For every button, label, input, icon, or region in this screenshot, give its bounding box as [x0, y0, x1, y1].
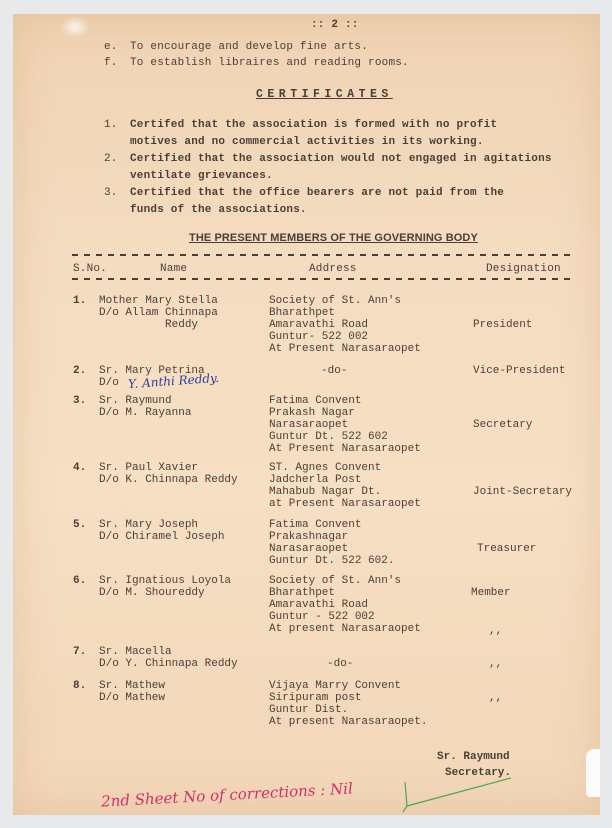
row-designation: Joint-Secretary: [473, 486, 572, 498]
address-line: Narasaraopet: [269, 543, 394, 555]
row-designation: Treasurer: [477, 543, 536, 555]
name-line: D/o Y. Chinnapa Reddy: [99, 658, 238, 670]
objective-letter: e.: [104, 41, 118, 53]
paper-edge-tear: [586, 749, 600, 797]
page-number: :: 2 ::: [311, 19, 359, 31]
address-line: Fatima Convent: [269, 519, 394, 531]
row-designation: President: [473, 319, 532, 331]
address-line: Prakashnagar: [269, 531, 394, 543]
address-line: Prakash Nagar: [269, 407, 421, 419]
name-line: D/o Mathew: [99, 692, 165, 704]
name-line: Sr. Mathew: [99, 680, 165, 692]
address-line: at Present Narasaraopet: [269, 498, 421, 510]
address-line: At Present Narasaraopet: [269, 343, 421, 355]
row-sno: 4.: [73, 462, 86, 474]
row-sno: 3.: [73, 395, 86, 407]
row-address: Society of St. Ann'sBharathpetAmaravathi…: [269, 575, 421, 635]
document-page: :: 2 :: e. To encourage and develop fine…: [13, 14, 600, 815]
address-line: Guntur- 522 002: [269, 331, 421, 343]
name-line: D/o Allam Chinnapa: [99, 307, 218, 319]
address-line: Bharathpet: [269, 307, 421, 319]
name-line: Reddy: [99, 319, 218, 331]
column-header-address: Address: [309, 263, 357, 275]
members-heading: THE PRESENT MEMBERS OF THE GOVERNING BOD…: [189, 232, 478, 244]
address-line: Guntur Dt. 522 602: [269, 431, 421, 443]
certificate-line: funds of the associations.: [130, 204, 307, 216]
address-line: Guntur Dt. 522 602.: [269, 555, 394, 567]
row-sno: 2.: [73, 365, 86, 377]
name-line: D/o M. Rayanna: [99, 407, 191, 419]
row-address: -do-: [321, 365, 347, 377]
row-address: ST. Agnes ConventJadcherla PostMahabub N…: [269, 462, 421, 510]
row-sno: 8.: [73, 680, 86, 692]
name-line: D/o Chiramel Joseph: [99, 531, 224, 543]
row-designation: Vice-President: [473, 365, 565, 377]
table-divider: [72, 254, 574, 256]
column-header-sno: S.No.: [73, 263, 107, 275]
certificate-number: 1.: [104, 119, 118, 131]
address-line: Guntur Dist.: [269, 704, 427, 716]
row-name: Sr. MathewD/o Mathew: [99, 680, 165, 704]
address-line: -do-: [321, 365, 347, 377]
address-line: Narasaraopet: [269, 419, 421, 431]
certificate-line: ventilate grievances.: [130, 170, 273, 182]
address-line: At Present Narasaraopet: [269, 443, 421, 455]
address-line: ST. Agnes Convent: [269, 462, 421, 474]
name-line: Sr. Paul Xavier: [99, 462, 238, 474]
address-line: Mahabub Nagar Dt.: [269, 486, 421, 498]
row-name: Mother Mary StellaD/o Allam Chinnapa Red…: [99, 295, 218, 331]
row-name: Sr. Paul XavierD/o K. Chinnapa Reddy: [99, 462, 238, 486]
certificate-line: Certified that the office bearers are no…: [130, 187, 504, 199]
handwritten-note: 2nd Sheet No of corrections : Nil: [101, 779, 354, 810]
row-sno: 5.: [73, 519, 86, 531]
objective-text: To encourage and develop fine arts.: [130, 41, 368, 53]
signature-name: Sr. Raymund: [437, 751, 510, 763]
row-designation-ditto: ,,: [489, 625, 502, 637]
certificate-line: Certifed that the association is formed …: [130, 119, 497, 131]
row-designation: ,,: [489, 692, 502, 704]
row-designation: ,,: [489, 658, 502, 670]
address-line: -do-: [327, 658, 353, 670]
row-name: Sr. Ignatious LoyolaD/o M. Shoureddy: [99, 575, 231, 599]
row-address: -do-: [327, 658, 353, 670]
name-line: Mother Mary Stella: [99, 295, 218, 307]
row-designation: Member: [471, 587, 511, 599]
address-line: Society of St. Ann's: [269, 575, 421, 587]
green-ink-stroke: [401, 774, 521, 814]
address-line: At present Narasaraopet.: [269, 716, 427, 728]
row-name: Sr. RaymundD/o M. Rayanna: [99, 395, 191, 419]
address-line: Jadcherla Post: [269, 474, 421, 486]
name-line: Sr. Raymund: [99, 395, 191, 407]
column-header-designation: Designation: [486, 263, 561, 275]
row-designation: Secretary: [473, 419, 532, 431]
certificates-heading: CERTIFICATES: [256, 89, 393, 101]
name-line: D/o M. Shoureddy: [99, 587, 231, 599]
objective-text: To establish libraires and reading rooms…: [130, 57, 409, 69]
certificate-line: motives and no commercial activities in …: [130, 136, 484, 148]
row-name: Sr. MacellaD/o Y. Chinnapa Reddy: [99, 646, 238, 670]
certificate-number: 3.: [104, 187, 118, 199]
address-line: Amaravathi Road: [269, 319, 421, 331]
certificate-line: Certified that the association would not…: [130, 153, 552, 165]
row-address: Vijaya Marry ConventSiripuram postGuntur…: [269, 680, 427, 728]
address-line: Siripuram post: [269, 692, 427, 704]
name-line: Sr. Mary Joseph: [99, 519, 224, 531]
address-line: Amaravathi Road: [269, 599, 421, 611]
table-divider: [72, 278, 574, 280]
address-line: At present Narasaraopet: [269, 623, 421, 635]
torn-corner: [60, 16, 90, 38]
address-line: Fatima Convent: [269, 395, 421, 407]
certificate-number: 2.: [104, 153, 118, 165]
address-line: Vijaya Marry Convent: [269, 680, 427, 692]
row-sno: 6.: [73, 575, 86, 587]
objective-letter: f.: [104, 57, 118, 69]
row-sno: 1.: [73, 295, 86, 307]
row-address: Fatima ConventPrakash NagarNarasaraopetG…: [269, 395, 421, 455]
address-line: Society of St. Ann's: [269, 295, 421, 307]
row-address: Fatima ConventPrakashnagarNarasaraopetGu…: [269, 519, 394, 567]
name-line: Sr. Macella: [99, 646, 238, 658]
name-line: D/o K. Chinnapa Reddy: [99, 474, 238, 486]
row-name: Sr. Mary JosephD/o Chiramel Joseph: [99, 519, 224, 543]
name-line: Sr. Ignatious Loyola: [99, 575, 231, 587]
address-line: Guntur - 522 002: [269, 611, 421, 623]
address-line: Bharathpet: [269, 587, 421, 599]
row-sno: 7.: [73, 646, 86, 658]
column-header-name: Name: [160, 263, 187, 275]
row-address: Society of St. Ann'sBharathpetAmaravathi…: [269, 295, 421, 355]
